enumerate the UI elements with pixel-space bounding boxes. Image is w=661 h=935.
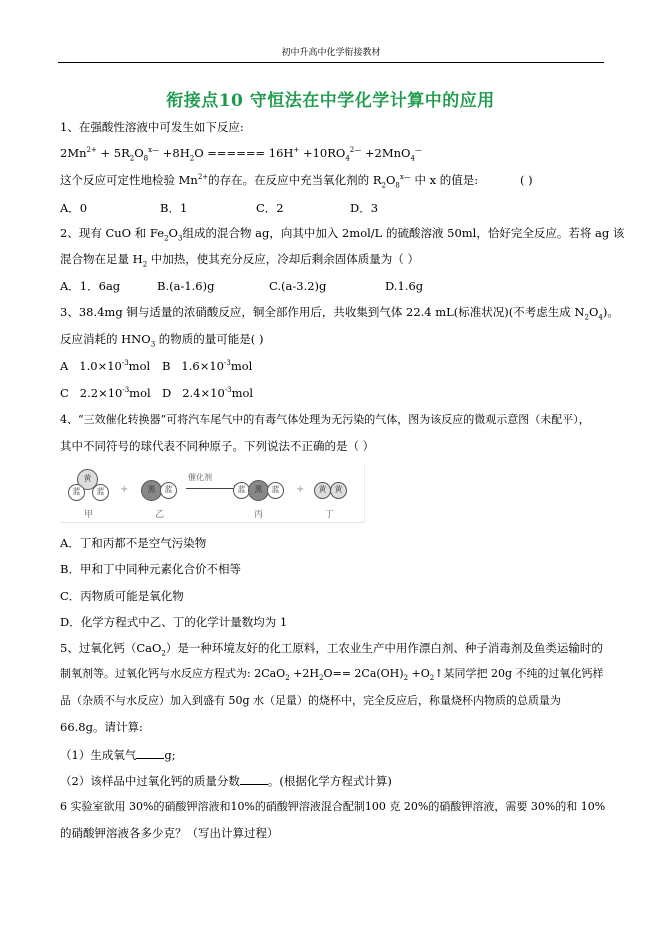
q3-option-c: C 2.2×10-3 mol [60, 385, 151, 401]
atom-blue: 蓝 [160, 482, 177, 499]
label-bing: 丙 [254, 507, 263, 520]
page-header: 初中升高中化学衔接教材 [58, 44, 604, 62]
answer-blank[interactable] [136, 746, 164, 759]
q3-stem-line2: 反应消耗的 HNO3 的物质的量可能是( ) [60, 331, 263, 347]
q1-option-d: D．3 [350, 200, 378, 216]
catalyst-label: 催化剂 [188, 472, 212, 483]
label-jia: 甲 [84, 507, 93, 520]
q3-option-d: D 2.4×10-3 mol [162, 385, 253, 401]
q3-stem-line1: 3、38.4mg 铜与适量的浓硝酸反应，铜全部作用后，共收集到气体 22.4 m… [60, 304, 619, 320]
q2-stem-line1: 2、现有 CuO 和 Fe2O3组成的混合物 ag，向其中加入 2mol/L 的… [60, 225, 624, 241]
q5-stem-line3: 品（杂质不与水反应）加入到盛有 50g 水（足量）的烧杯中，完全反应后，称量烧杯… [60, 693, 561, 709]
q4-stem-line2: 其中不同符号的球代表不同种原子。下列说法不正确的是（ ） [60, 438, 374, 454]
header-divider [58, 62, 604, 63]
atom-yellow: 黄 [330, 482, 347, 499]
atom-blue: 蓝 [92, 484, 109, 501]
q4-option-d: D．化学方程式中乙、丁的化学计量数均为 1 [60, 614, 287, 630]
atom-black: 黑 [141, 480, 162, 501]
label-ding: 丁 [325, 507, 334, 520]
q5-stem-line1: 5、过氧化钙（CaO2）是一种环境友好的化工原料，工农业生产中用作漂白剂、种子消… [60, 640, 603, 656]
q3-option-b: B 1.6×10-3 mol [162, 358, 252, 374]
atom-blue: 蓝 [267, 482, 284, 499]
q1-option-b: B．1 [160, 200, 187, 216]
q4-option-b: B．甲和丁中同种元素化合价不相等 [60, 561, 241, 577]
plus-sign: + [296, 484, 304, 495]
q2-option-a: A．1．6ag [60, 278, 120, 294]
reaction-diagram: 黄 蓝 蓝 甲 + 黑 蓝 乙 催化剂 蓝 黑 蓝 丙 + 黄 黄 丁 [60, 464, 365, 523]
q1-option-a: A．0 [60, 200, 87, 216]
q1-question: 这个反应可定性地检验 Mn2+的存在。在反应中充当氧化剂的 R2O8x— 中 x… [60, 172, 478, 188]
atom-black: 黑 [248, 480, 269, 501]
q5-sub1: （1）生成氧气g; [60, 746, 176, 763]
reaction-arrow-icon [186, 488, 238, 489]
q2-option-b: B.(a-1.6)g [157, 278, 214, 294]
label-yi: 乙 [155, 507, 164, 520]
q5-stem-line4: 66.8g。请计算: [60, 719, 143, 735]
q4-option-a: A．丁和丙都不是空气污染物 [60, 535, 206, 551]
plus-sign: + [120, 484, 128, 495]
q1-equation: 2Mn2+ + 5R2O8x— +8H2O ====== 16H+ +10RO4… [60, 145, 422, 161]
q2-option-c: C.(a-3.2)g [269, 278, 326, 294]
q3-option-a: A 1.0×10-3 mol [60, 358, 150, 374]
q6-stem-line2: 的硝酸钾溶液各多少克？（写出计算过程） [60, 825, 279, 841]
q1-stem: 1、在强酸性溶液中可发生如下反应: [60, 119, 244, 135]
atom-yellow: 黄 [314, 482, 331, 499]
answer-bracket: ( ) [520, 172, 533, 188]
q5-stem-line2: 制氧剂等。过氧化钙与水反应方程式为: 2CaO2 +2H2O== 2Ca(OH)… [60, 666, 604, 682]
q1-option-c: C．2 [256, 200, 284, 216]
q4-option-c: C．丙物质可能是氧化物 [60, 588, 184, 604]
q5-sub2: （2）该样品中过氧化钙的质量分数。(根据化学方程式计算) [60, 772, 392, 789]
page-title: 衔接点10 守恒法在中学化学计算中的应用 [0, 86, 661, 111]
q6-stem-line1: 6 实验室欲用 30%的硝酸钾溶液和10%的硝酸钾溶液混合配制100 克 20%… [60, 799, 605, 815]
q4-stem-line1: 4、“三效催化转换器”可将汽车尾气中的有毒气体处理为无污染的气体，图为该反应的微… [60, 412, 590, 428]
atom-blue: 蓝 [68, 484, 85, 501]
q2-stem-line2: 混合物在足量 H2 中加热，使其充分反应，冷却后剩余固体质量为（ ） [60, 251, 419, 267]
q2-option-d: D.1.6g [385, 278, 423, 294]
answer-blank[interactable] [240, 772, 268, 785]
